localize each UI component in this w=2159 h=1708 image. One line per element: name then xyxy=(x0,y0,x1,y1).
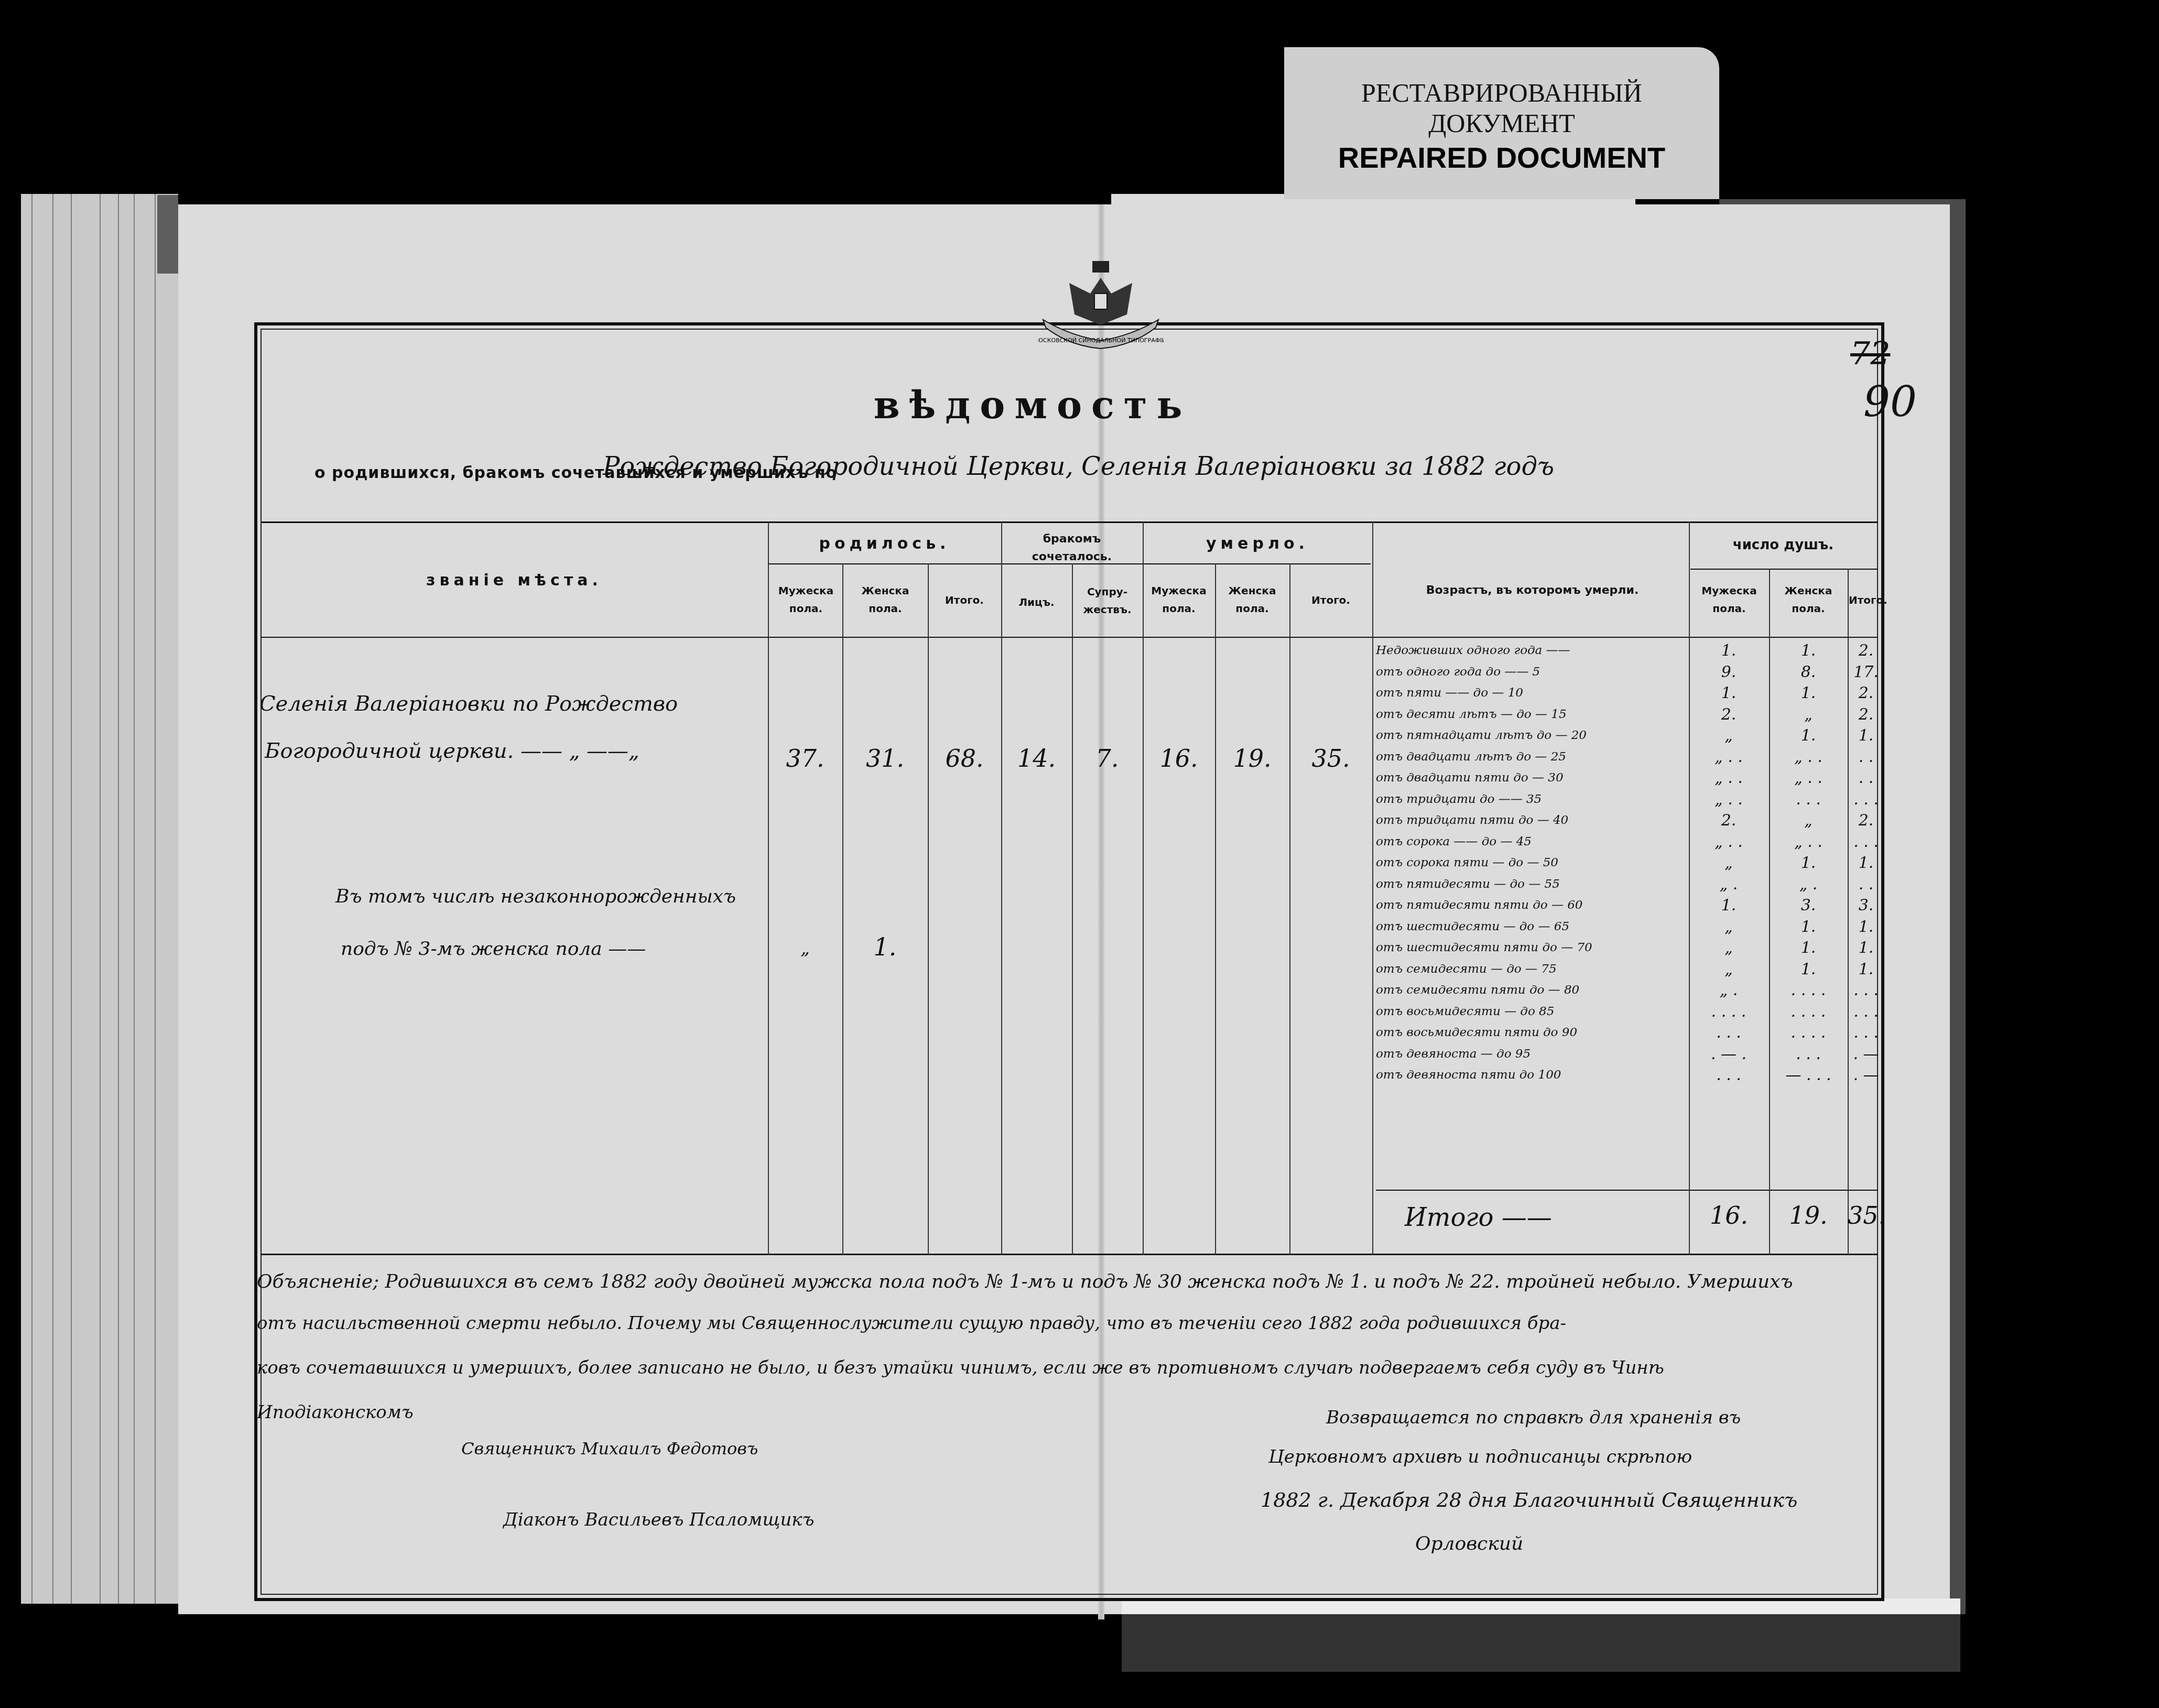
age-row-f-value: „ xyxy=(1782,705,1835,724)
certification-signature: Орловский xyxy=(1415,1533,1523,1554)
subheader-born-female: Женска пола. xyxy=(844,582,927,617)
age-row-t-value: . . xyxy=(1840,875,1892,894)
married-couples-value: 7. xyxy=(1072,744,1143,773)
explanation-line-2: отъ насильственной смерти небыло. Почему… xyxy=(257,1313,1566,1334)
age-row-label: отъ семидесяти пяти до — 80 xyxy=(1376,983,1690,997)
age-row-m-value: . . . . xyxy=(1702,1003,1755,1021)
col-divider xyxy=(1143,521,1144,1255)
age-row-t-value: 3. xyxy=(1840,896,1892,915)
age-row-label: отъ двадцати лѣтъ до — 25 xyxy=(1376,750,1690,764)
age-row-f-value: 8. xyxy=(1782,663,1835,681)
label-line-ru-2: ДОКУМЕНТ xyxy=(1284,108,1719,138)
born-female-value: 31. xyxy=(842,744,928,773)
certification-line-1: Возвращается по справкѣ для храненія въ xyxy=(1326,1407,1741,1428)
age-row-t-value: 1. xyxy=(1840,726,1892,745)
age-row-label: отъ семидесяти — до — 75 xyxy=(1376,962,1690,976)
age-row-label: отъ одного года до —— 5 xyxy=(1376,665,1690,679)
age-row-m-value: 2. xyxy=(1702,811,1755,830)
certification-line-2: Церковномъ архивѣ и подписанцы скрѣпою xyxy=(1268,1446,1692,1467)
explanation-line-3: ковъ сочетавшихся и умершихъ, более запи… xyxy=(257,1357,1664,1378)
age-row-m-value: „ . xyxy=(1702,875,1755,894)
age-row-m-value: „ . . xyxy=(1702,833,1755,851)
col-divider xyxy=(768,521,769,1255)
age-row-label: Недоживших одного года —— xyxy=(1376,644,1690,657)
age-row-f-value: „ . . xyxy=(1782,833,1835,851)
col-divider xyxy=(1372,521,1373,1255)
header-bottom-rule xyxy=(261,637,1878,638)
age-row-t-value: . . . xyxy=(1840,1024,1892,1042)
age-row-m-value: „ . . xyxy=(1702,790,1755,809)
age-row-t-value: . — xyxy=(1840,1045,1892,1063)
document-frame-inner xyxy=(261,329,1878,1595)
table-bottom-rule xyxy=(261,1254,1878,1255)
age-row-t-value: 17. xyxy=(1840,663,1892,681)
age-row-t-value: 1. xyxy=(1840,918,1892,936)
col-divider xyxy=(928,563,929,1255)
illegit-line-1: Въ томъ числѣ незаконнорожденныхъ xyxy=(335,886,736,907)
age-row-label: отъ пятидесяти — до — 55 xyxy=(1376,877,1690,891)
age-row-m-value: 1. xyxy=(1702,641,1755,660)
total-rule xyxy=(1376,1190,1878,1191)
age-row-f-value: . . . . xyxy=(1782,1024,1835,1042)
age-row-f-value: . . . . xyxy=(1782,1003,1835,1021)
age-row-label: отъ сорока пяти — до — 50 xyxy=(1376,856,1690,869)
age-row-m-value: „ xyxy=(1702,854,1755,872)
age-row-f-value: 1. xyxy=(1782,854,1835,872)
page-tab-shadow xyxy=(157,195,178,274)
certification-line-3: 1882 г. Декабря 28 дня Благочинный Свяще… xyxy=(1261,1488,1797,1511)
age-row-label: отъ десяти лѣтъ — до — 15 xyxy=(1376,708,1690,721)
age-row-f-value: — . . . xyxy=(1782,1066,1835,1084)
age-row-m-value: . — . xyxy=(1702,1045,1755,1063)
subheader-died-female: Женска пола. xyxy=(1216,582,1288,617)
age-row-label: отъ пятнадцати лѣтъ до — 20 xyxy=(1376,728,1690,742)
age-row-m-value: „ . . xyxy=(1702,769,1755,787)
header-died: умерло. xyxy=(1143,535,1372,553)
header-married: бракомъ сочеталось. xyxy=(1001,530,1143,566)
signature-deacon: Діаконъ Васильевъ Псаломщикъ xyxy=(503,1509,814,1530)
header-souls: число душъ. xyxy=(1689,537,1878,553)
age-row-label: отъ тридцати до —— 35 xyxy=(1376,792,1690,806)
col-divider xyxy=(842,563,843,1255)
col-divider xyxy=(1769,569,1770,1255)
illegit-female-value: 1. xyxy=(842,933,928,961)
age-row-t-value: . . . xyxy=(1840,1003,1892,1021)
subheader-married-couples: Супру- жествъ. xyxy=(1073,583,1142,618)
died-total-value: 35. xyxy=(1289,744,1372,773)
age-row-f-value: 1. xyxy=(1782,960,1835,978)
age-row-f-value: 3. xyxy=(1782,896,1835,915)
header-place: званіе мѣста. xyxy=(261,571,768,590)
subheader-born-total: Итого. xyxy=(929,591,1000,609)
age-row-t-value: 2. xyxy=(1840,705,1892,724)
age-row-f-value: . . . xyxy=(1782,790,1835,809)
age-row-m-value: . . . xyxy=(1702,1066,1755,1084)
age-row-label: отъ девяноста — до 95 xyxy=(1376,1047,1690,1061)
age-row-t-value: . . xyxy=(1840,748,1892,766)
stacked-pages xyxy=(21,194,178,1604)
total-male: 16. xyxy=(1689,1201,1769,1230)
age-row-f-value: . . . xyxy=(1782,1045,1835,1063)
age-row-f-value: „ . . xyxy=(1782,748,1835,766)
born-male-value: 37. xyxy=(768,744,842,773)
age-row-t-value: 1. xyxy=(1840,960,1892,978)
age-row-t-value: . . . xyxy=(1840,981,1892,999)
subheader-souls-male: Мужеска пола. xyxy=(1690,582,1769,617)
age-row-m-value: „ . . xyxy=(1702,748,1755,766)
imperial-eagle-crest-icon: МОСКОВСКОЙ СИНОДАЛЬНОЙ ТИПОГРАФІИ. xyxy=(1038,257,1164,351)
age-row-m-value: 1. xyxy=(1702,896,1755,915)
age-row-f-value: . . . . xyxy=(1782,981,1835,999)
col-divider xyxy=(1215,563,1216,1255)
age-row-m-value: „ xyxy=(1702,939,1755,957)
col-divider xyxy=(1001,521,1002,1255)
age-row-label: отъ тридцати пяти до — 40 xyxy=(1376,813,1690,827)
age-row-f-value: 1. xyxy=(1782,726,1835,745)
svg-text:МОСКОВСКОЙ СИНОДАЛЬНОЙ ТИПОГРА: МОСКОВСКОЙ СИНОДАЛЬНОЙ ТИПОГРАФІИ. xyxy=(1038,337,1164,344)
explanation-line-1: Объясненіе; Родившихся въ семъ 1882 году… xyxy=(257,1271,1793,1292)
col-divider xyxy=(1072,563,1073,1255)
place-line-1: Селенія Валеріановки по Рождество xyxy=(259,692,678,716)
age-row-t-value: 1. xyxy=(1840,939,1892,957)
age-row-f-value: „ xyxy=(1782,811,1835,830)
age-row-t-value: 2. xyxy=(1840,684,1892,702)
repaired-document-label: РЕСТАВРИРОВАННЫЙ ДОКУМЕНТ REPAIRED DOCUM… xyxy=(1284,47,1719,199)
age-row-t-value: 2. xyxy=(1840,641,1892,660)
died-male-value: 16. xyxy=(1143,744,1215,773)
age-row-m-value: „ xyxy=(1702,960,1755,978)
age-row-m-value: 1. xyxy=(1702,684,1755,702)
age-row-label: отъ пятидесяти пяти до — 60 xyxy=(1376,898,1690,912)
label-line-en: REPAIRED DOCUMENT xyxy=(1284,140,1719,175)
age-row-f-value: „ . . xyxy=(1782,769,1835,787)
header-age: Возрастъ, въ которомъ умерли. xyxy=(1376,582,1689,600)
age-row-label: отъ шестидесяти пяти до — 70 xyxy=(1376,941,1690,954)
age-row-m-value: . . . xyxy=(1702,1024,1755,1042)
age-row-f-value: 1. xyxy=(1782,918,1835,936)
subtitle-handwritten: Рождество Богородичной Церкви, Селенія В… xyxy=(603,452,1554,481)
age-row-m-value: „ . xyxy=(1702,981,1755,999)
subheader-rule-right xyxy=(1690,569,1878,570)
age-row-label: отъ двадцати пяти до — 30 xyxy=(1376,771,1690,785)
age-row-f-value: 1. xyxy=(1782,641,1835,660)
died-female-value: 19. xyxy=(1215,744,1289,773)
age-row-t-value: . . . xyxy=(1840,790,1892,809)
age-row-f-value: „ . xyxy=(1782,875,1835,894)
age-row-label: отъ пяти —— до — 10 xyxy=(1376,686,1690,700)
age-row-m-value: „ xyxy=(1702,918,1755,936)
age-row-t-value: . . . xyxy=(1840,833,1892,851)
married-persons-value: 14. xyxy=(1001,744,1072,773)
age-row-m-value: „ xyxy=(1702,726,1755,745)
age-row-f-value: 1. xyxy=(1782,684,1835,702)
born-total-value: 68. xyxy=(928,744,1001,773)
illegit-line-2: подъ № 3-мъ женска пола —— xyxy=(341,938,646,960)
col-divider xyxy=(1289,563,1290,1255)
label-line-ru-1: РЕСТАВРИРОВАННЫЙ xyxy=(1284,78,1719,108)
age-row-label: отъ девяноста пяти до 100 xyxy=(1376,1068,1690,1082)
age-row-t-value: 1. xyxy=(1840,854,1892,872)
subheader-souls-total: Итого. xyxy=(1849,591,1878,609)
page-number: 90 xyxy=(1863,377,1917,426)
subheader-died-male: Мужеска пола. xyxy=(1144,582,1214,617)
age-row-label: отъ сорока —— до — 45 xyxy=(1376,835,1690,848)
book-cover-edge xyxy=(1122,1614,1960,1672)
age-row-label: отъ восьмидесяти пяти до 90 xyxy=(1376,1026,1690,1039)
document-title: вѣдомость xyxy=(849,383,1216,427)
subheader-died-total: Итого. xyxy=(1290,591,1371,609)
explanation-line-4: Иподіаконскомъ xyxy=(257,1402,414,1423)
age-row-m-value: 2. xyxy=(1702,705,1755,724)
header-born: родилось. xyxy=(768,535,1001,553)
age-row-t-value: . . xyxy=(1840,769,1892,787)
age-row-m-value: 9. xyxy=(1702,663,1755,681)
age-row-t-value: 2. xyxy=(1840,811,1892,830)
signature-priest: Священникъ Михаилъ Федотовъ xyxy=(461,1439,758,1459)
total-total: 35. xyxy=(1848,1201,1878,1230)
total-female: 19. xyxy=(1769,1201,1848,1230)
illegit-male-value: „ xyxy=(768,938,842,959)
subheader-born-male: Мужеска пола. xyxy=(771,582,841,617)
age-row-t-value: . — xyxy=(1840,1066,1892,1084)
subheader-souls-female: Женска пола. xyxy=(1770,582,1847,617)
age-row-label: отъ восьмидесяти — до 85 xyxy=(1376,1005,1690,1018)
age-row-f-value: 1. xyxy=(1782,939,1835,957)
place-line-2: Богородичной церкви. —— „ ——„ xyxy=(265,739,639,763)
total-label: Итого —— xyxy=(1405,1203,1552,1232)
old-page-number: 72 xyxy=(1850,335,1890,372)
table-top-rule xyxy=(261,521,1878,523)
subheader-married-persons: Лицъ. xyxy=(1002,593,1071,611)
age-row-label: отъ шестидесяти — до — 65 xyxy=(1376,920,1690,933)
